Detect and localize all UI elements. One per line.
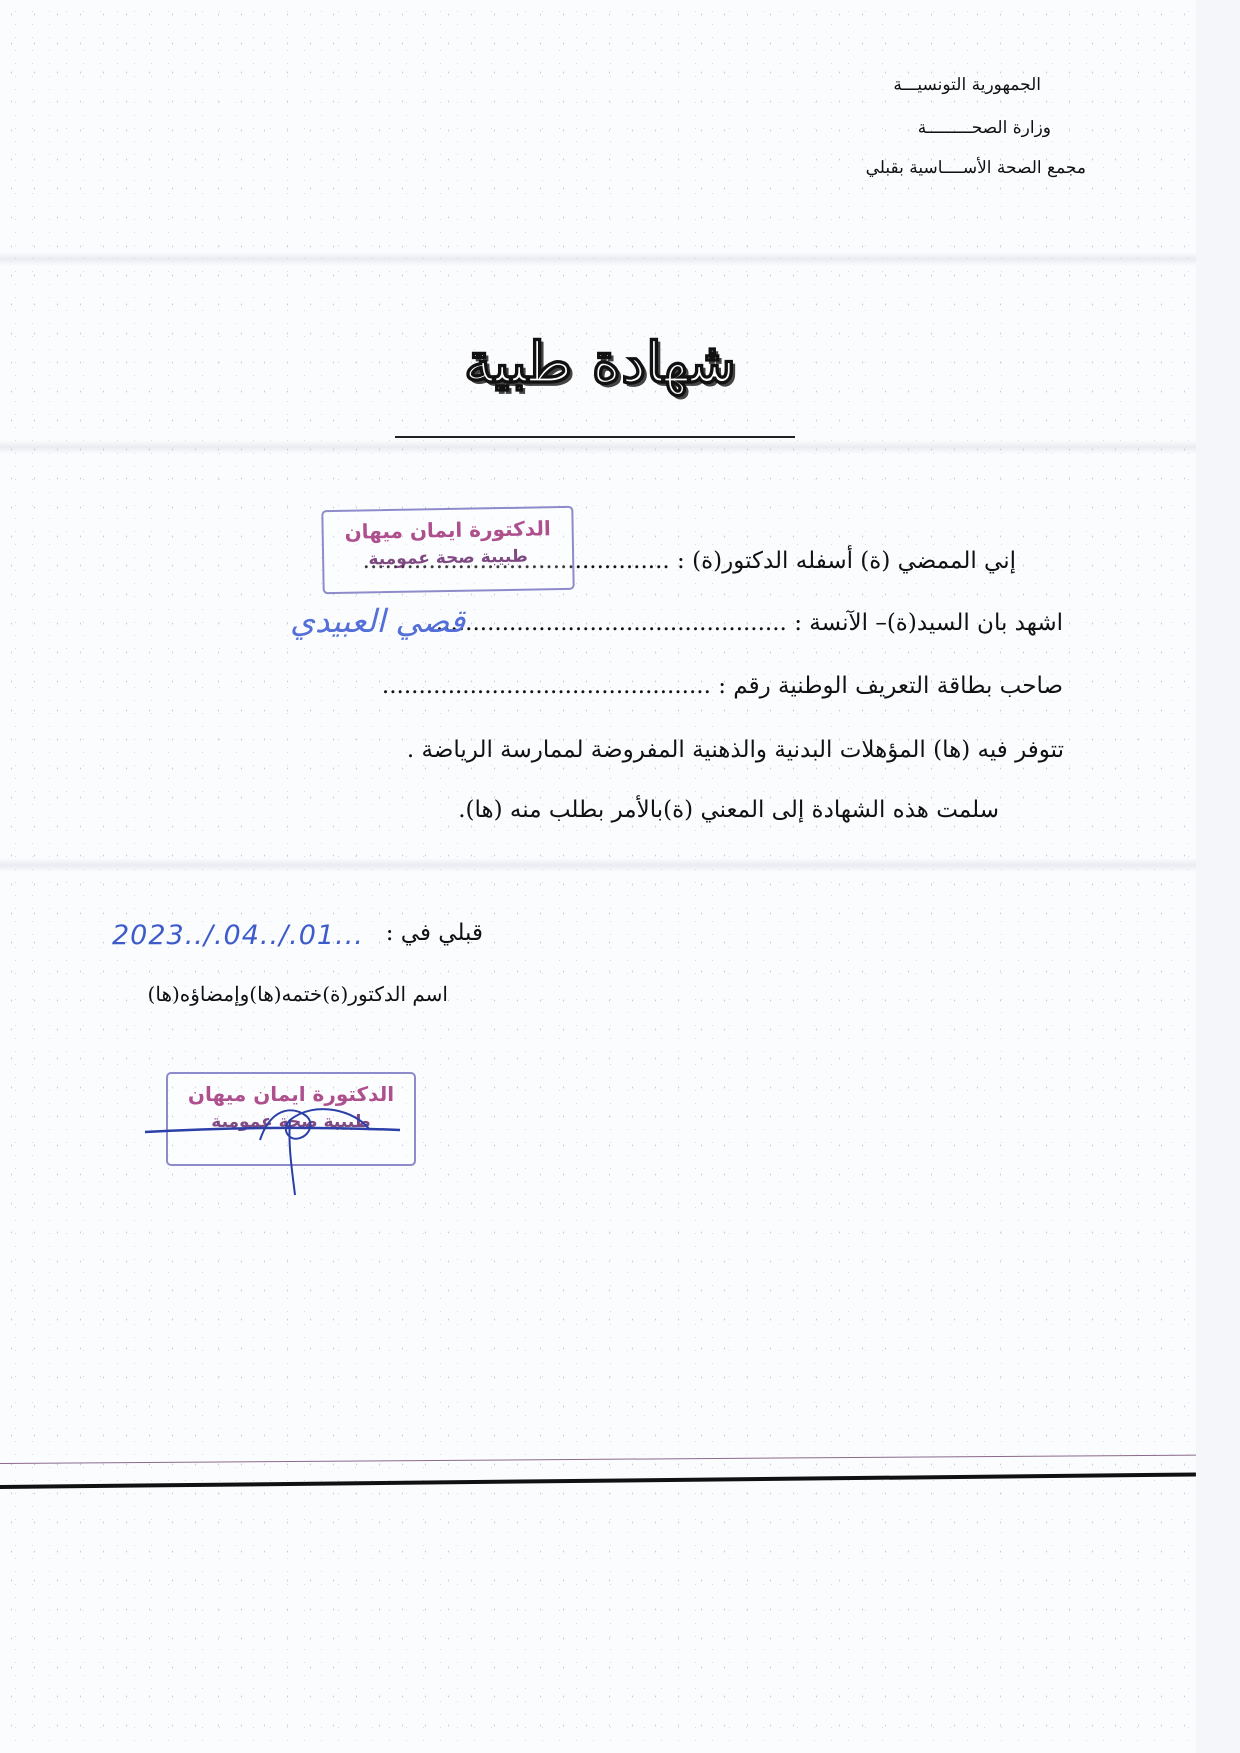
- id-card-label: صاحب بطاقة التعريف الوطنية رقم :: [718, 673, 1063, 699]
- patient-label: اشهد بان السيد(ة)– الآنسة :: [794, 610, 1063, 636]
- document-title: شهادة طبية: [395, 330, 805, 396]
- footer-thin-rule: [0, 1455, 1196, 1464]
- doctor-label: إني الممضي (ة) أسفله الدكتور(ة) :: [677, 548, 1016, 574]
- paper-fold: [0, 858, 1196, 872]
- doctor-stamp: الدكتورة ايمان ميهان طبيبة صحة عمومية: [321, 506, 574, 594]
- footer-thick-rule: [0, 1472, 1196, 1489]
- id-card-line: صاحب بطاقة التعريف الوطنية رقم : .......…: [382, 673, 1063, 699]
- delivery-statement: سلمت هذه الشهادة إلى المعني (ة)بالأمر بط…: [458, 797, 999, 823]
- header-health-center: مجمع الصحة الأســــاسية بقبلي: [866, 158, 1086, 178]
- paper-fold: [0, 440, 1196, 454]
- header-country: الجمهورية التونسيـــة: [893, 75, 1041, 95]
- certificate-page: الجمهورية التونسيـــة وزارة الصحــــــــ…: [0, 0, 1196, 1753]
- signature-icon: [140, 1100, 440, 1200]
- date-handwritten: 2023../.04../.01...: [112, 920, 364, 951]
- fitness-statement: تتوفر فيه (ها) المؤهلات البدنية والذهنية…: [407, 737, 1064, 763]
- stamp-title: طبيبة صحة عمومية: [324, 546, 572, 570]
- patient-line: اشهد بان السيد(ة)– الآنسة : ............…: [429, 610, 1063, 636]
- patient-field: ........................................…: [429, 610, 787, 636]
- header-ministry: وزارة الصحـــــــــة: [918, 118, 1051, 138]
- paper-fold: [0, 252, 1196, 266]
- stamp-name: الدكتورة ايمان ميهان: [323, 516, 571, 544]
- date-label: قبلي في :: [386, 920, 483, 946]
- id-card-field: ........................................…: [382, 673, 711, 699]
- title-underline: [395, 436, 795, 438]
- signature-label: اسم الدكتور(ة)ختمه(ها)وإمضاؤه(ها): [148, 982, 448, 1006]
- patient-name-handwritten: قصي العبيدي: [290, 602, 465, 640]
